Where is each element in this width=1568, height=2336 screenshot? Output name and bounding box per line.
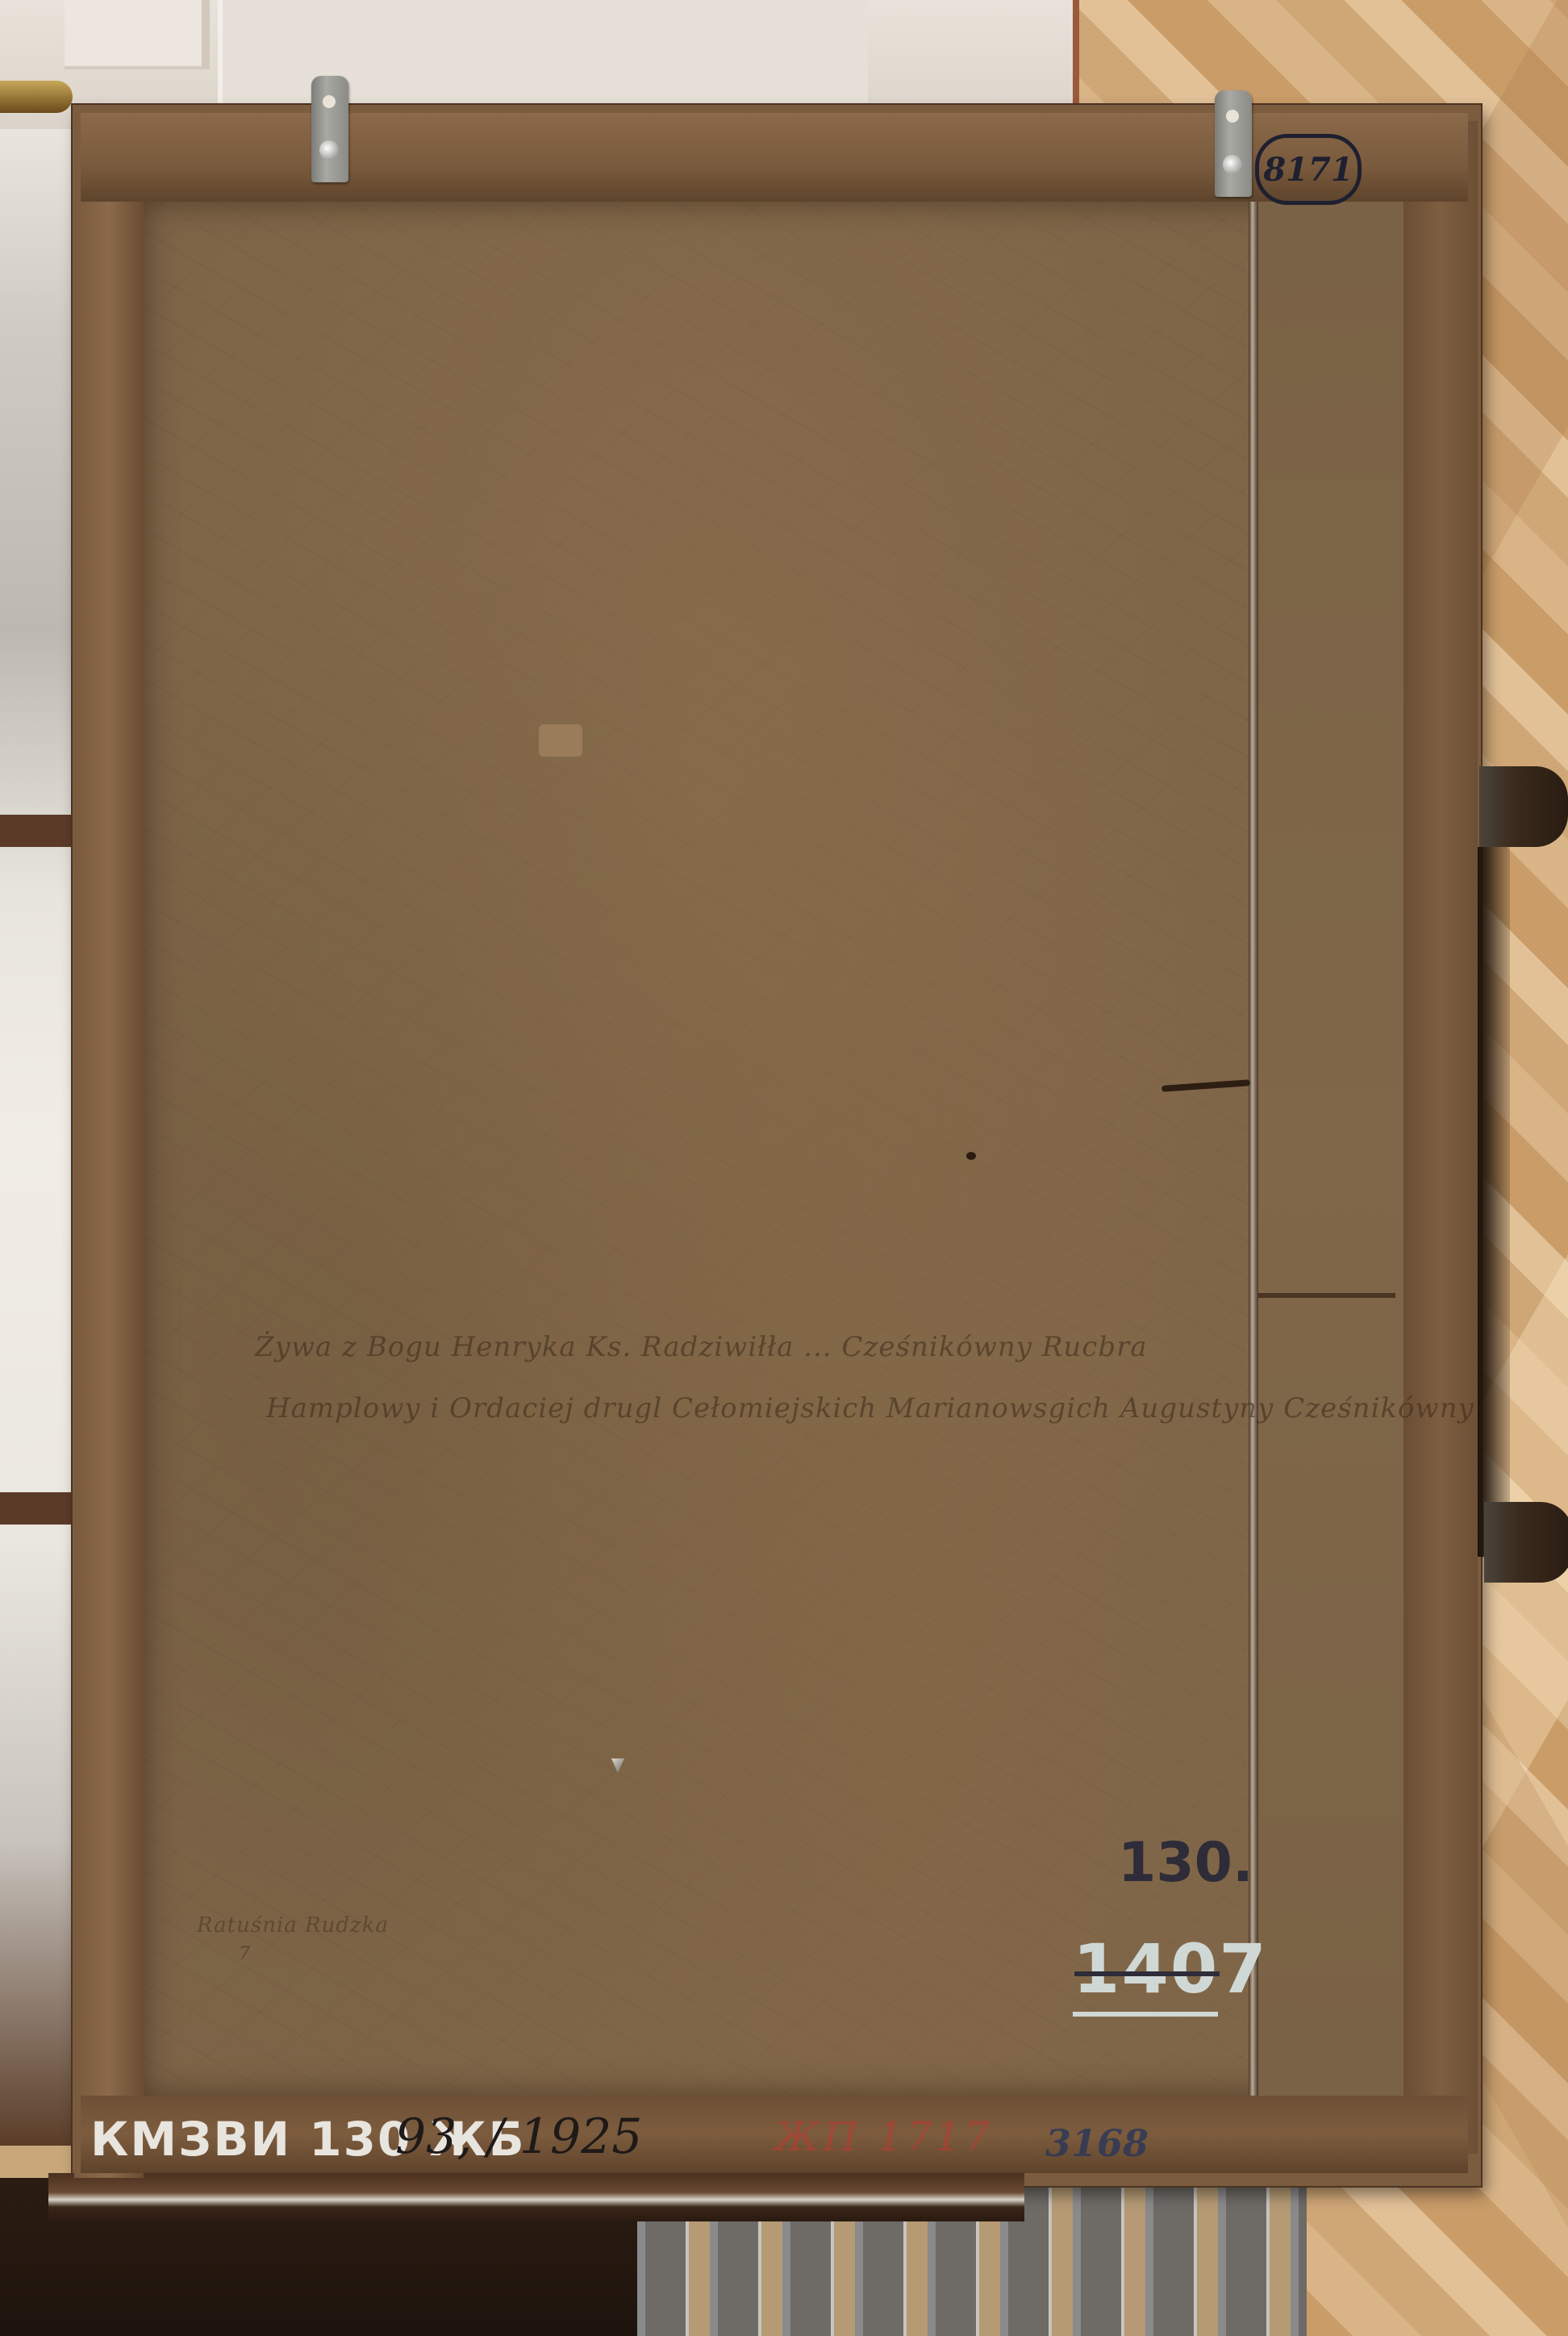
wall-gap-shadow: [1478, 847, 1510, 1557]
screw-icon: [1223, 155, 1242, 174]
cursive-inscription-line-2: Hamplowy i Ordaciej drugl Cełomiejskich …: [266, 1392, 1474, 1425]
plate-hole: [1226, 110, 1239, 123]
cursive-inscription-line-1: Żywa z Bogu Henryka Ks. Radziwiłła ... C…: [255, 1331, 1148, 1363]
canvas-hole: [966, 1152, 976, 1160]
canvas-right-strip: [1258, 202, 1403, 2096]
screw-icon: [319, 140, 339, 160]
brass-hinge: [0, 81, 73, 113]
small-cursive-signature: Ratuśnia Rudzka: [197, 1913, 389, 1938]
catalog-number-130: 130.: [1118, 1831, 1253, 1895]
strikethrough-line: [1074, 1971, 1220, 1976]
wall-peg-upper: [1479, 766, 1568, 847]
white-number-1407: 1407: [1073, 1929, 1268, 2009]
door-molding: [65, 0, 210, 69]
canvas-patch: [539, 724, 582, 757]
lower-frame-edge: [48, 2173, 1024, 2221]
door-edge-trim: [1073, 0, 1079, 121]
inventory-number: 8171: [1263, 151, 1353, 189]
canvas-reverse: [144, 202, 1403, 2096]
stretcher-right-bar: [1403, 121, 1478, 2154]
canvas-seam: [1249, 202, 1258, 2096]
crossbar-shadow: [1258, 1293, 1395, 1298]
small-mark: 7: [239, 1944, 251, 1964]
hanging-plate-right: [1215, 90, 1252, 197]
stretcher-left-bar: [74, 113, 144, 2178]
blue-pencil-number: 3168: [1045, 2121, 1149, 2165]
inventory-number-oval: 8171: [1255, 134, 1362, 205]
plate-hole: [323, 95, 336, 108]
handwritten-number-black: 93, / 1925: [395, 2109, 642, 2165]
hanging-plate-left: [311, 76, 348, 182]
wall-peg-lower: [1484, 1502, 1568, 1583]
red-pencil-mark: ЖП 1717: [774, 2113, 993, 2160]
underline-white: [1073, 2012, 1218, 2017]
